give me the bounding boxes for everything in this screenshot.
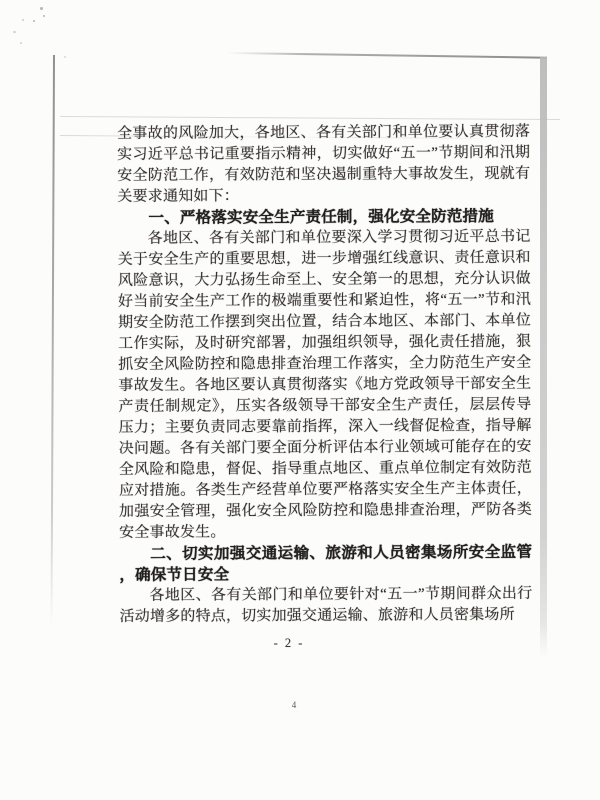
- paragraph-section-2: 各地区、各有关部门和单位要针对“五一”节期间群众出行活动增多的特点，切实加强交通…: [119, 584, 532, 628]
- sheet-footer-number: 4: [286, 700, 302, 710]
- paragraph-intro-continuation: 全事故的风险加大，各地区、各有关部门和单位要认真贯彻落实习近平总书记重要指示精神…: [117, 122, 530, 208]
- document-body: 全事故的风险加大，各地区、各有关部门和单位要认真贯彻落实习近平总书记重要指示精神…: [117, 122, 533, 628]
- page-edge-shadow-right: [540, 57, 547, 657]
- scan-speck: [43, 15, 45, 17]
- scan-speck: [40, 7, 43, 10]
- scan-speck: [64, 56, 66, 58]
- page-edge-shadow-top: [227, 52, 547, 59]
- scanned-document-page: 全事故的风险加大，各地区、各有关部门和单位要认真贯彻落实习近平总书记重要指示精神…: [0, 0, 600, 800]
- scan-speck: [22, 19, 24, 21]
- scan-speck: [13, 31, 16, 33]
- section-1-heading: 一、严格落实安全生产责任制，强化安全防范措施: [117, 206, 530, 229]
- scan-speck: [20, 42, 22, 44]
- paragraph-section-1: 各地区、各有关部门和单位要深入学习贯彻习近平总书记关于安全生产的重要思想，进一步…: [118, 227, 533, 544]
- page-number: - 2 -: [244, 636, 334, 651]
- section-2-heading: 二、切实加强交通运输、旅游和人员密集场所安全监管，确保节日安全: [119, 542, 532, 586]
- scan-speck: [33, 20, 35, 22]
- scan-streak-line: [60, 116, 560, 120]
- scan-fold-line: [51, 55, 55, 627]
